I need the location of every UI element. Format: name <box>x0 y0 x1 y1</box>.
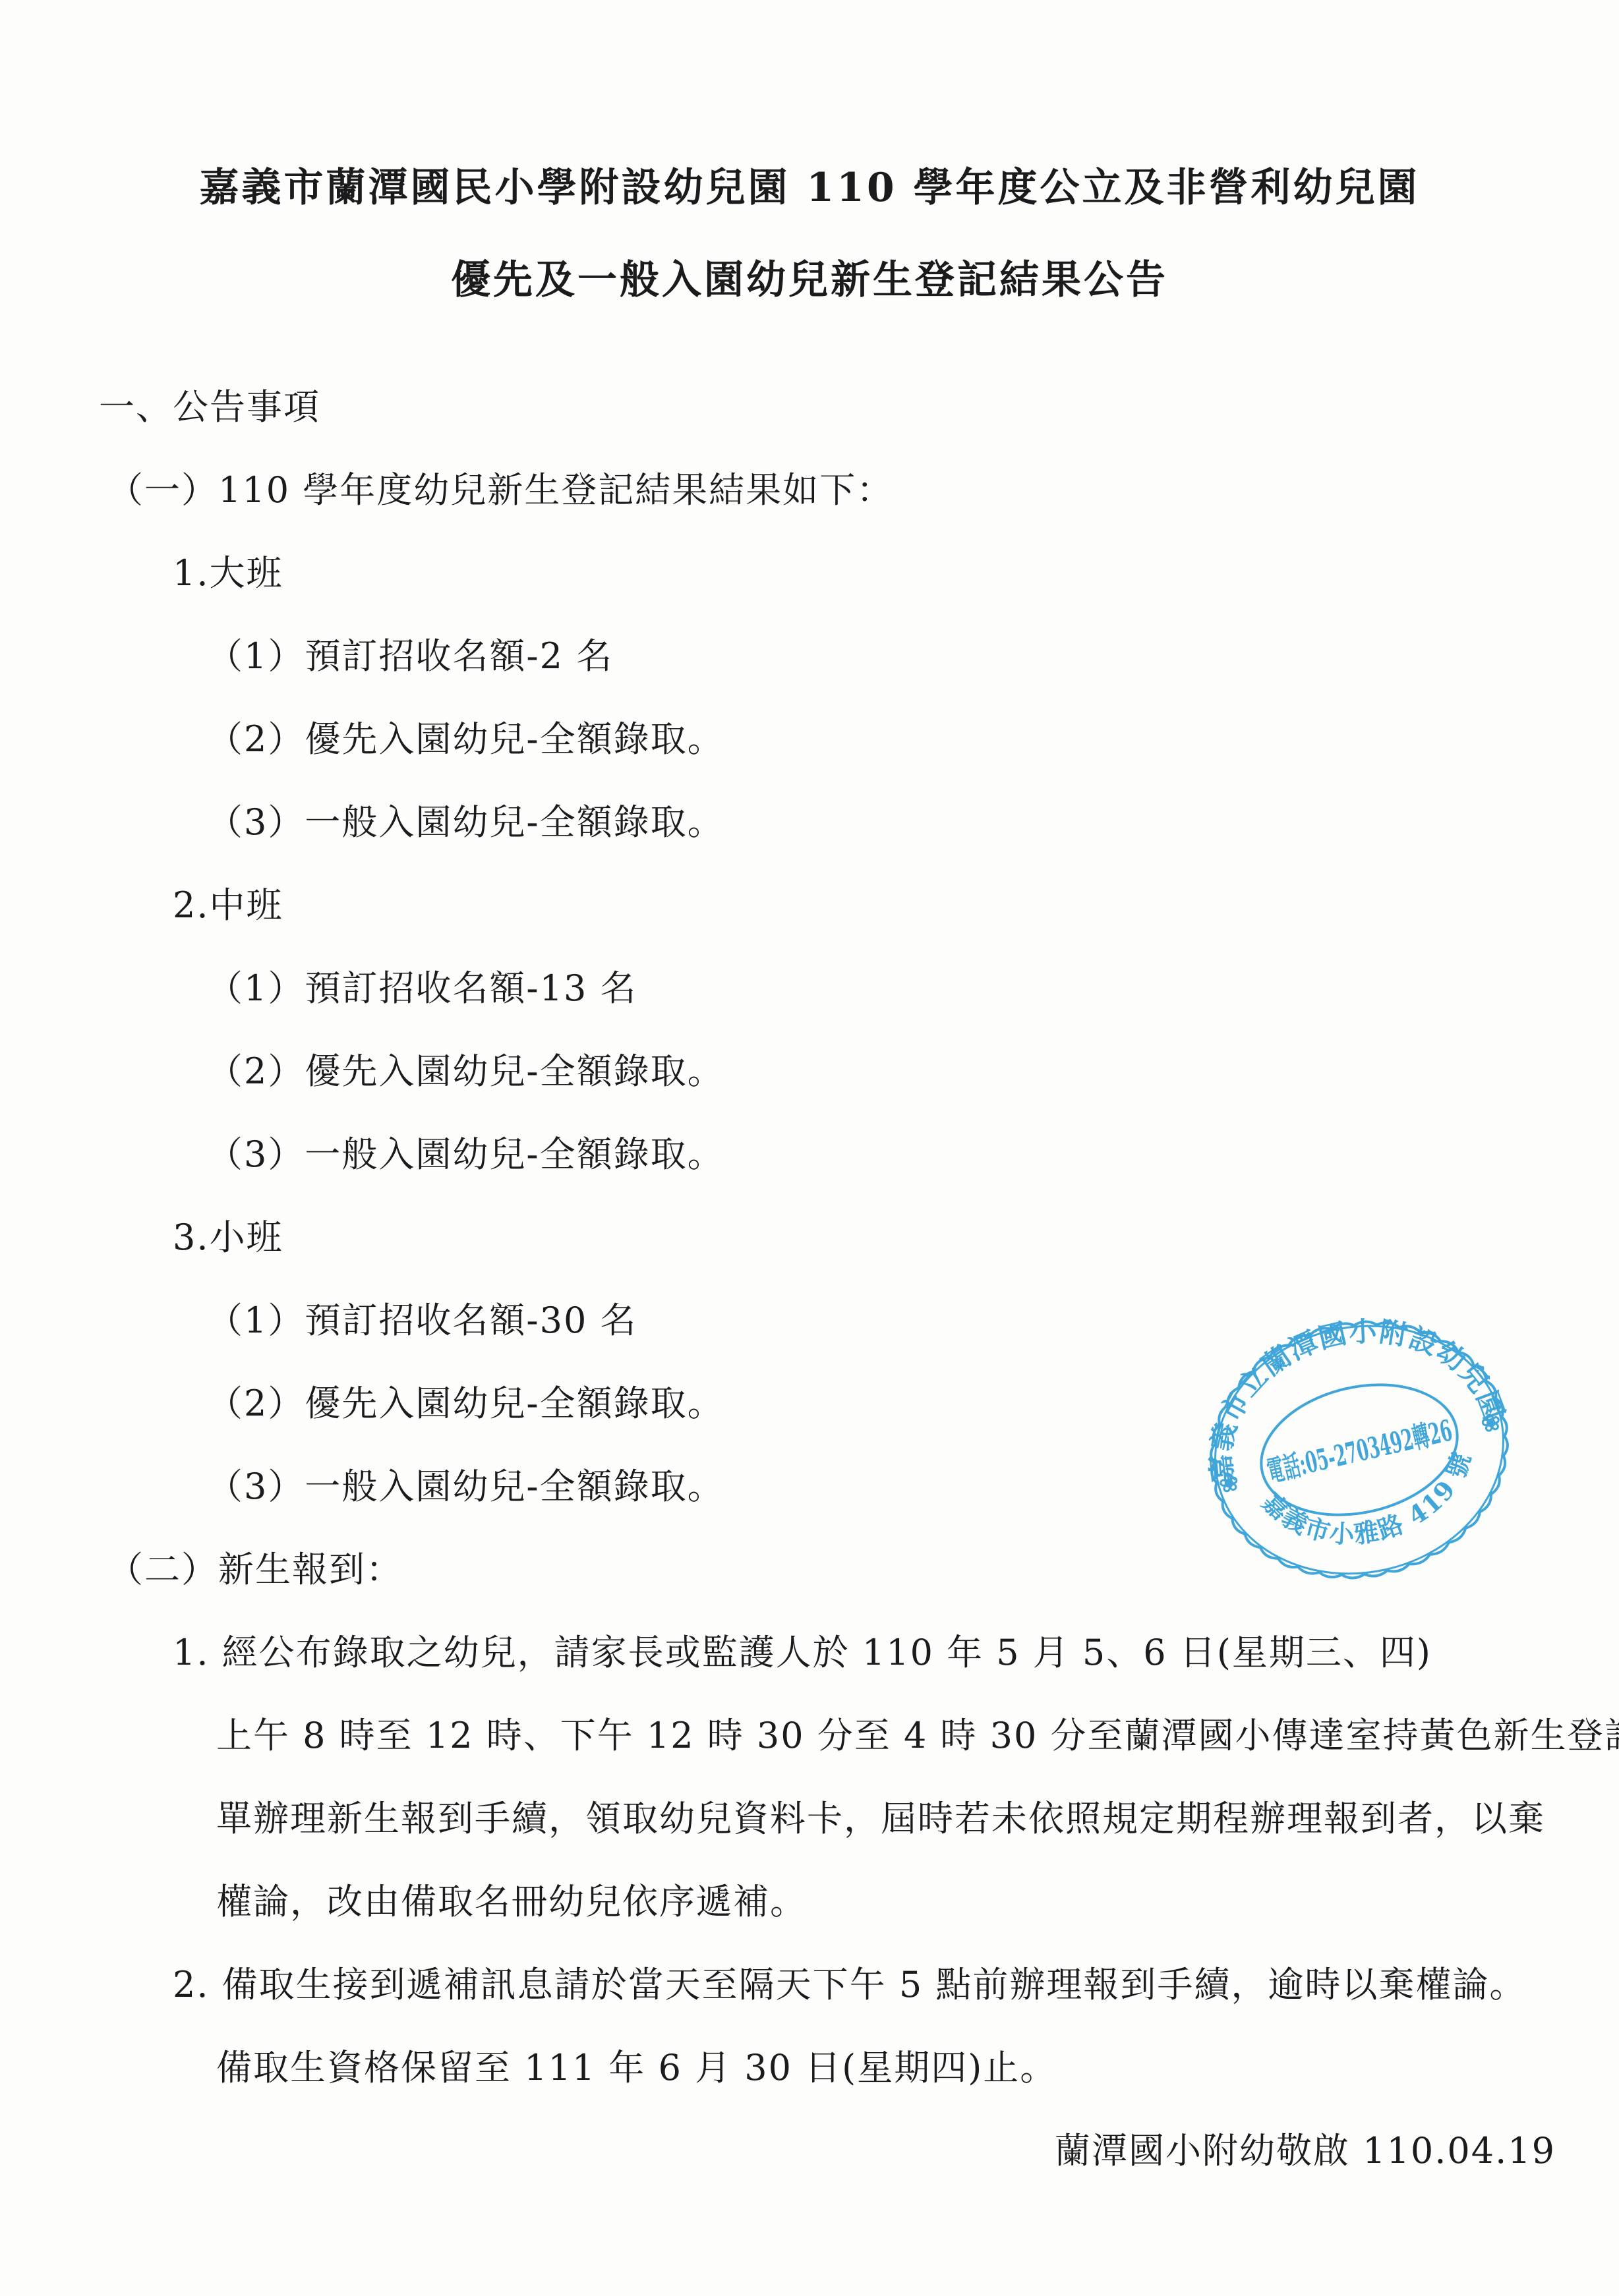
class-2-name: 2.中班 <box>0 864 1619 947</box>
class-1-item-2: （2）優先入園幼兒-全額錄取。 <box>0 698 1619 781</box>
document-title: 嘉義市蘭潭國民小學附設幼兒園 110 學年度公立及非營利幼兒園 優先及一般入園幼… <box>0 0 1619 326</box>
stamp-phone-text: 電話:05-2703492轉26 <box>1264 1414 1455 1489</box>
class-1-name: 1.大班 <box>0 532 1619 615</box>
scanned-announcement-page: 嘉義市蘭潭國民小學附設幼兒園 110 學年度公立及非營利幼兒園 優先及一般入園幼… <box>0 0 1619 2296</box>
class-1-item-1: （1）預訂招收名額-2 名 <box>0 615 1619 698</box>
note-1-line-2: 上午 8 時至 12 時、下午 12 時 30 分至 4 時 30 分至蘭潭國小… <box>0 1694 1619 1777</box>
note-1-line-4: 權論，改由備取名冊幼兒依序遞補。 <box>0 1860 1619 1943</box>
note-2-line-1: 2. 備取生接到遞補訊息請於當天至隔天下午 5 點前辦理報到手續，逾時以棄權論。 <box>0 1943 1619 2026</box>
class-2-item-2: （2）優先入園幼兒-全額錄取。 <box>0 1030 1619 1113</box>
note-2-line-2: 備取生資格保留至 111 年 6 月 30 日(星期四)止。 <box>0 2026 1619 2109</box>
class-1-item-3: （3）一般入園幼兒-全額錄取。 <box>0 781 1619 864</box>
section-1-heading: 一、公告事項 <box>0 366 1619 449</box>
document-title-line-1: 嘉義市蘭潭國民小學附設幼兒園 110 學年度公立及非營利幼兒園 <box>0 142 1619 234</box>
subsection-1-heading: （一）110 學年度幼兒新生登記結果結果如下： <box>0 449 1619 532</box>
note-1-line-1: 1. 經公布錄取之幼兒，請家長或監護人於 110 年 5 月 5、6 日(星期三… <box>0 1611 1619 1694</box>
note-1-line-3: 單辦理新生報到手續，領取幼兒資料卡，屆時若未依照規定期程辦理報到者，以棄 <box>0 1777 1619 1860</box>
document-title-line-2: 優先及一般入園幼兒新生登記結果公告 <box>0 234 1619 326</box>
class-3-name: 3.小班 <box>0 1196 1619 1279</box>
signature-line: 蘭潭國小附幼敬啟 110.04.19 <box>0 2109 1619 2193</box>
class-2-item-1: （1）預訂招收名額-13 名 <box>0 947 1619 1030</box>
class-2-item-3: （3）一般入園幼兒-全額錄取。 <box>0 1113 1619 1196</box>
document-body: 一、公告事項 （一）110 學年度幼兒新生登記結果結果如下： 1.大班 （1）預… <box>0 366 1619 2193</box>
